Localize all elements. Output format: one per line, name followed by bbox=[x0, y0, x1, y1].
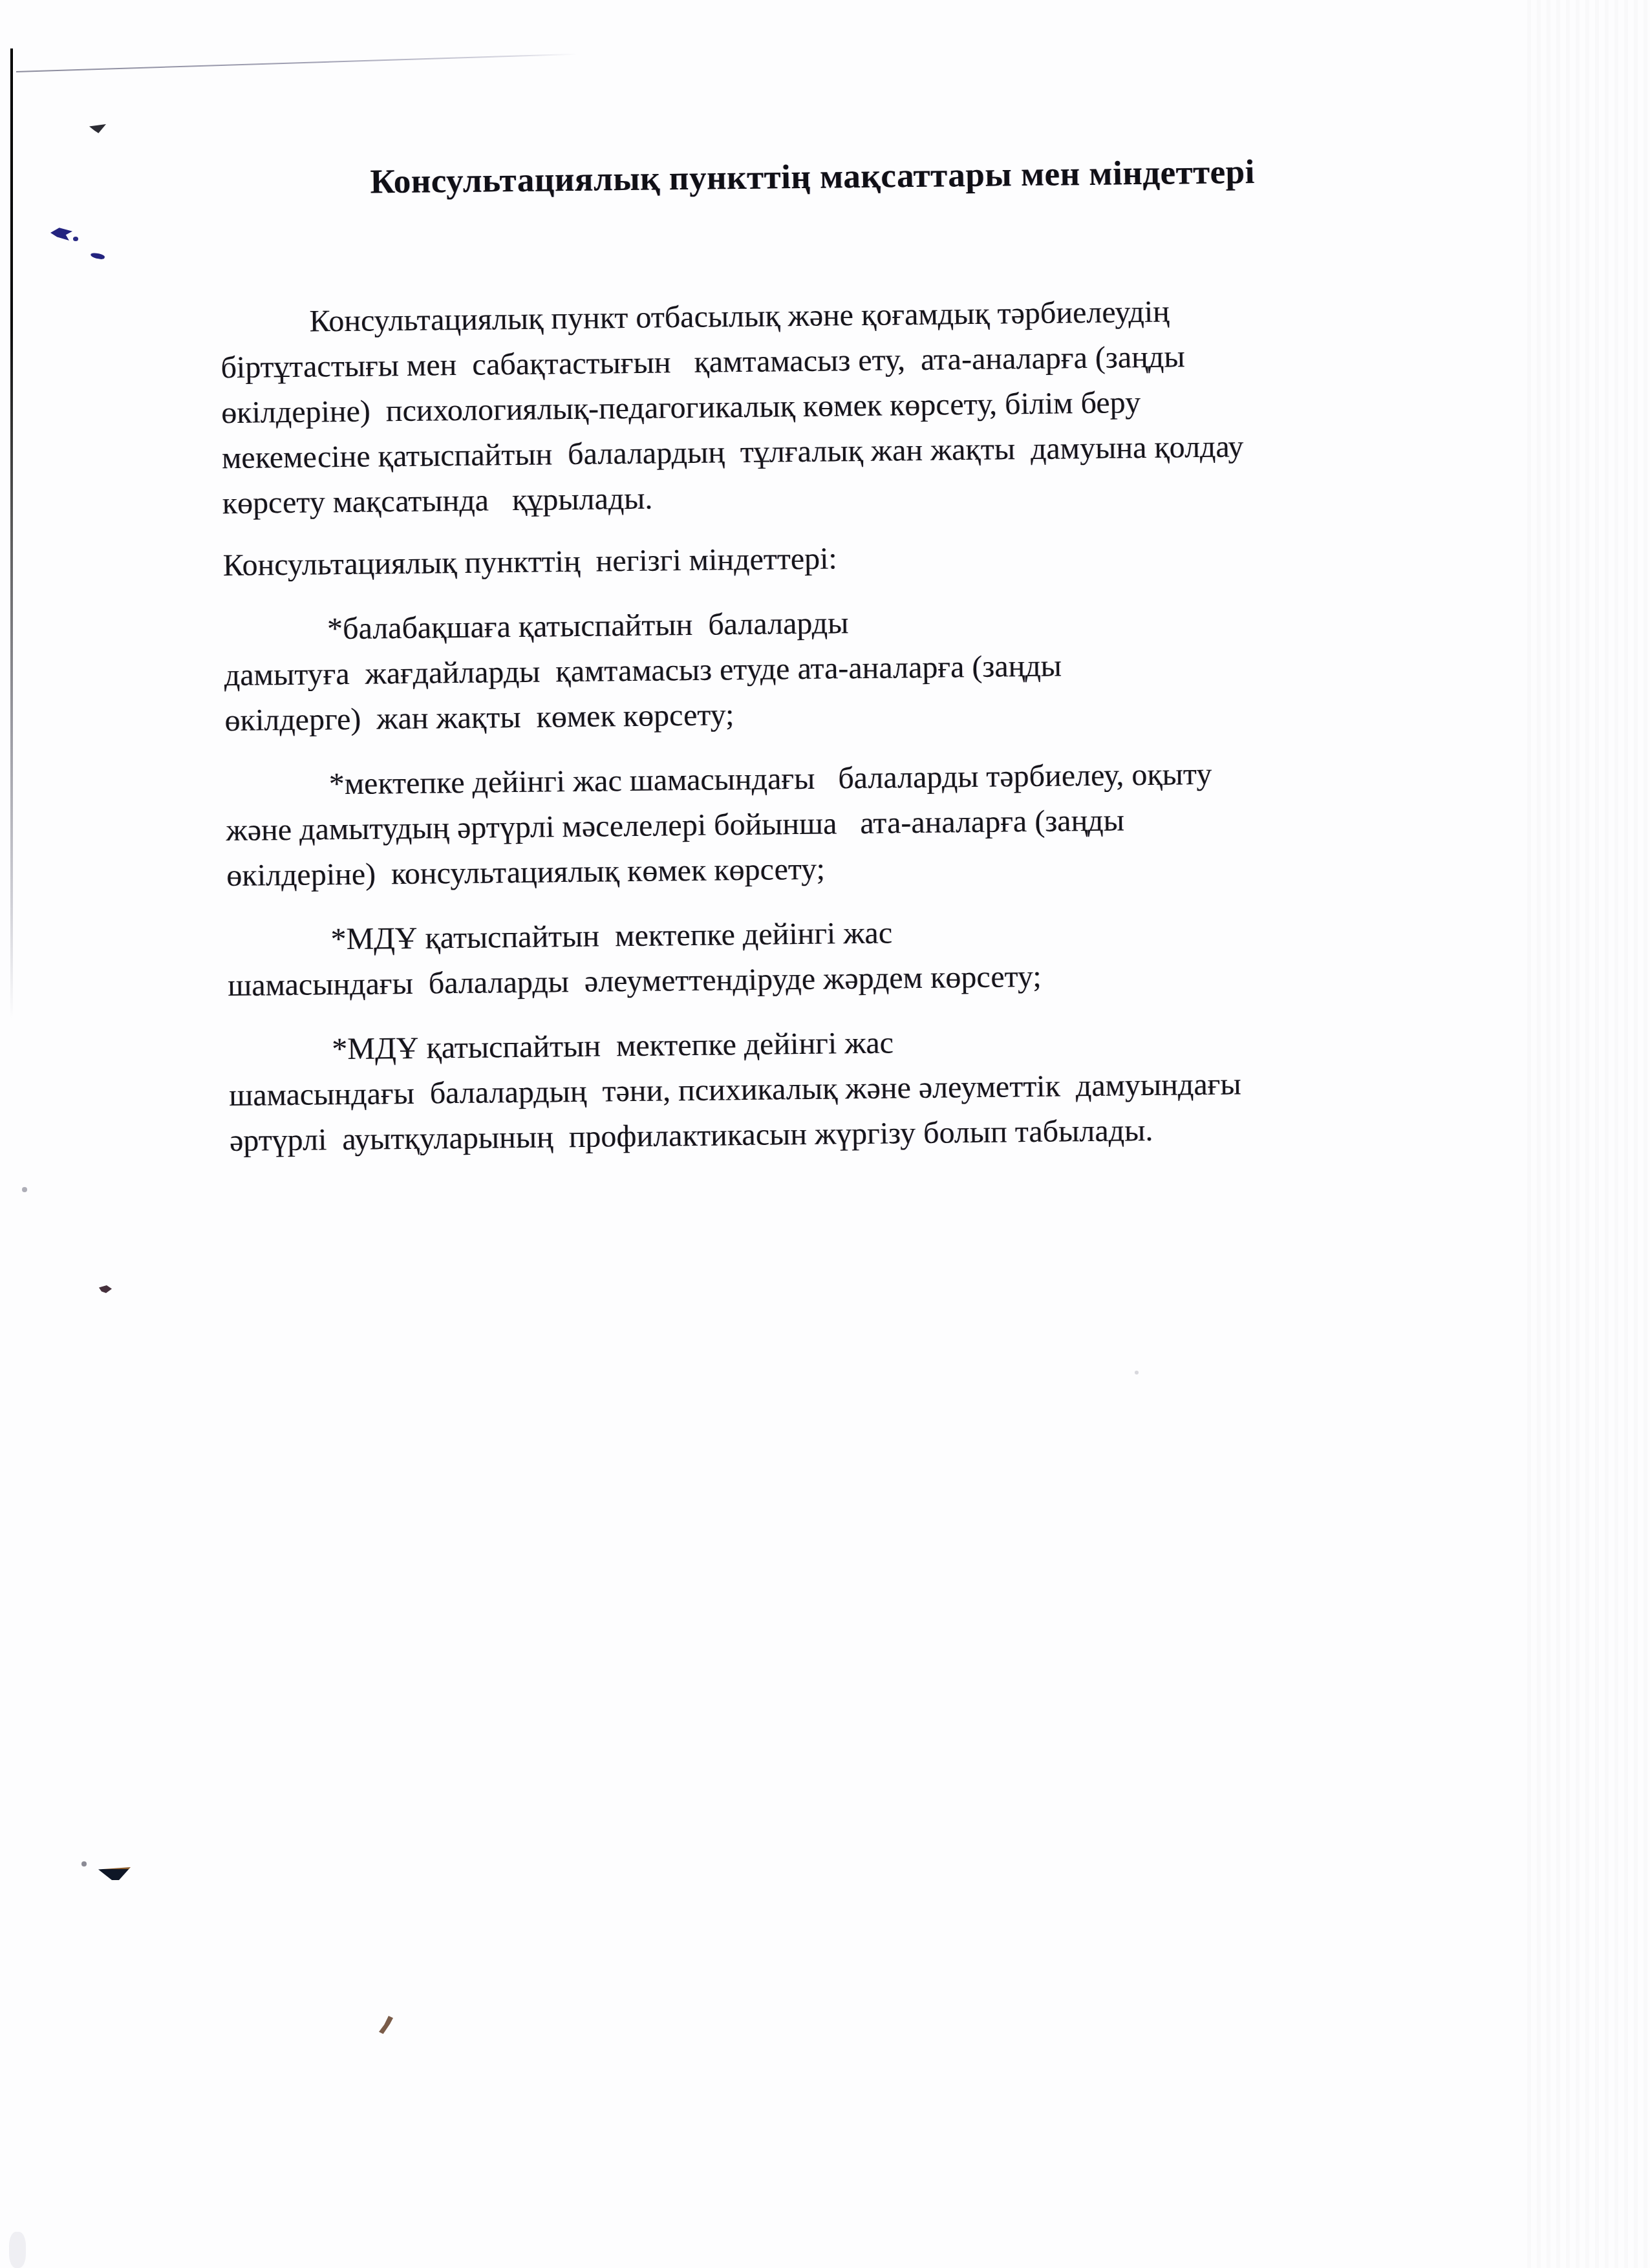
faint-speck bbox=[22, 1187, 27, 1192]
brown-slash-mark bbox=[379, 2016, 393, 2034]
paragraph-tasks-heading: Консультациялық пункттің негізгі міндетт… bbox=[223, 530, 1450, 589]
faint-dot bbox=[1135, 1371, 1139, 1375]
text-line: Консультациялық пункттің негізгі міндетт… bbox=[223, 530, 1450, 589]
paragraph-intro: Консультациялық пункт отбасылық және қоғ… bbox=[220, 286, 1449, 526]
navy-ink-blob bbox=[98, 1867, 131, 1880]
paragraph-task-4: *МДҰ қатыспайтын мектепке дейінгі жас ша… bbox=[228, 1014, 1456, 1164]
gray-dot-speck bbox=[81, 1861, 87, 1867]
paragraph-task-2: *мектепке дейінгі жас шамасындағы балала… bbox=[225, 749, 1453, 899]
document-content: Консультациялық пункттің мақсаттары мен … bbox=[0, 0, 1650, 1166]
scanned-document-page: Консультациялық пункттің мақсаттары мен … bbox=[0, 0, 1650, 2268]
ink-speck bbox=[99, 1285, 112, 1293]
paragraph-task-1: *балабақшаға қатыспайтын балаларды дамыт… bbox=[224, 594, 1452, 744]
paragraph-task-3: *МДҰ қатыспайтын мектепке дейінгі жас ша… bbox=[227, 904, 1454, 1009]
document-title: Консультациялық пункттің мақсаттары мен … bbox=[219, 144, 1407, 209]
corner-smudge bbox=[9, 2232, 26, 2268]
